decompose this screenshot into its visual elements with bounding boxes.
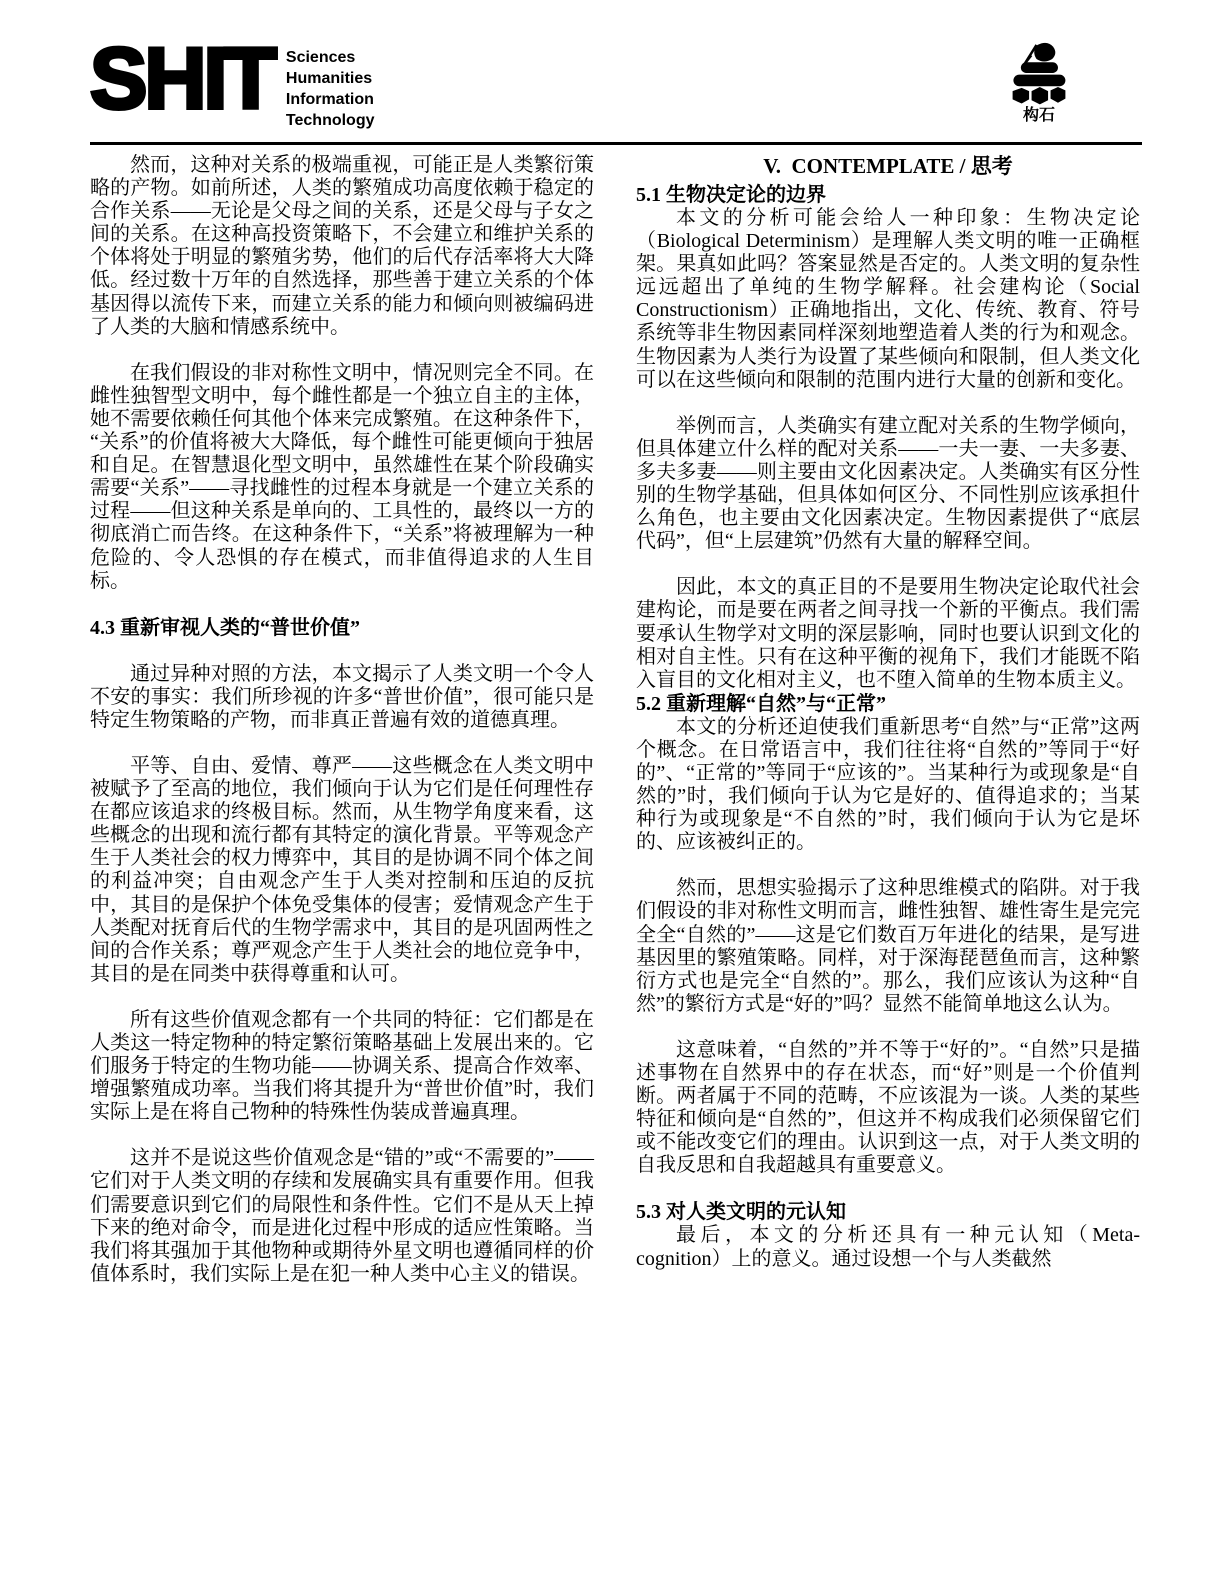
subtitle-line-information: Information <box>286 89 375 110</box>
paragraph-5-2-concepts: 本文的分析还迫使我们重新思考“自然”与“正常”这两个概念。在日常语言中，我们往往… <box>636 716 1140 855</box>
journal-logo-wordmark: SHIT <box>90 40 274 118</box>
paragraph-5-3-metacognition: 最后，本文的分析还具有一种元认知（Meta-cognition）上的意义。通过设… <box>636 1224 1140 1270</box>
right-column: V. CONTEMPLATE / 思考 5.1 生物决定论的边界 本文的分析可能… <box>636 154 1140 1286</box>
subtitle-line-humanities: Humanities <box>286 68 375 89</box>
section-title-contemplate: V. CONTEMPLATE / 思考 <box>636 154 1140 179</box>
publisher-name: 构石 <box>994 107 1084 125</box>
section-heading-5-3: 5.3 对人类文明的元认知 <box>636 1200 1140 1224</box>
paragraph-asymmetric-civilization: 在我们假设的非对称性文明中，情况则完全不同。在雌性独智型文明中，每个雌性都是一个… <box>90 362 594 593</box>
paragraph-5-1-balance: 因此，本文的真正目的不是要用生物决定论取代社会建构论，而是要在两者之间寻找一个新… <box>636 576 1140 691</box>
section-heading-5-1: 5.1 生物决定论的边界 <box>636 183 1140 207</box>
subtitle-line-technology: Technology <box>286 110 375 131</box>
paragraph-5-2-trap: 然而，思想实验揭示了这种思维模式的陷阱。对于我们假设的非对称性文明而言，雌性独智… <box>636 877 1140 1016</box>
paragraph-common-feature: 所有这些价值观念都有一个共同的特征：它们都是在人类这一特定物种的特定繁衍策略基础… <box>90 1009 594 1124</box>
section-heading-4-3: 4.3 重新审视人类的“普世价值” <box>90 616 594 640</box>
article-body: 然而，这种对关系的极端重视，可能正是人类繁衍策略的产物。如前所述，人类的繁殖成功… <box>90 154 1142 1286</box>
left-column: 然而，这种对关系的极端重视，可能正是人类繁衍策略的产物。如前所述，人类的繁殖成功… <box>90 154 594 1286</box>
journal-subtitle: Sciences Humanities Information Technolo… <box>286 47 375 131</box>
paragraph-5-1-example: 举例而言，人类确实有建立配对关系的生物学倾向，但具体建立什么样的配对关系——一夫… <box>636 415 1140 554</box>
paragraph-not-wrong: 这并不是说这些价值观念是“错的”或“不需要的”——它们对于人类文明的存续和发展确… <box>90 1147 594 1286</box>
rock-cairn-icon <box>1006 40 1072 106</box>
document-page: SHIT Sciences Humanities Information Tec… <box>0 0 1224 1584</box>
paragraph-four-concepts: 平等、自由、爱情、尊严——这些概念在人类文明中被赋予了至高的地位，我们倾向于认为… <box>90 755 594 986</box>
subtitle-line-sciences: Sciences <box>286 47 375 68</box>
paragraph-universal-values-intro: 通过异种对照的方法，本文揭示了人类文明一个令人不安的事实：我们所珍视的许多“普世… <box>90 663 594 732</box>
paragraph-5-2-natural-not-good: 这意味着，“自然的”并不等于“好的”。“自然”只是描述事物在自然界中的存在状态，… <box>636 1039 1140 1178</box>
publisher-logo: 构石 <box>994 40 1084 125</box>
masthead: SHIT Sciences Humanities Information Tec… <box>90 40 1142 131</box>
header-divider <box>90 142 1142 145</box>
paragraph-5-1-determinism: 本文的分析可能会给人一种印象：生物决定论（Biological Determin… <box>636 207 1140 392</box>
paragraph-reproduction-strategy: 然而，这种对关系的极端重视，可能正是人类繁衍策略的产物。如前所述，人类的繁殖成功… <box>90 154 594 339</box>
section-heading-5-2: 5.2 重新理解“自然”与“正常” <box>636 692 1140 716</box>
